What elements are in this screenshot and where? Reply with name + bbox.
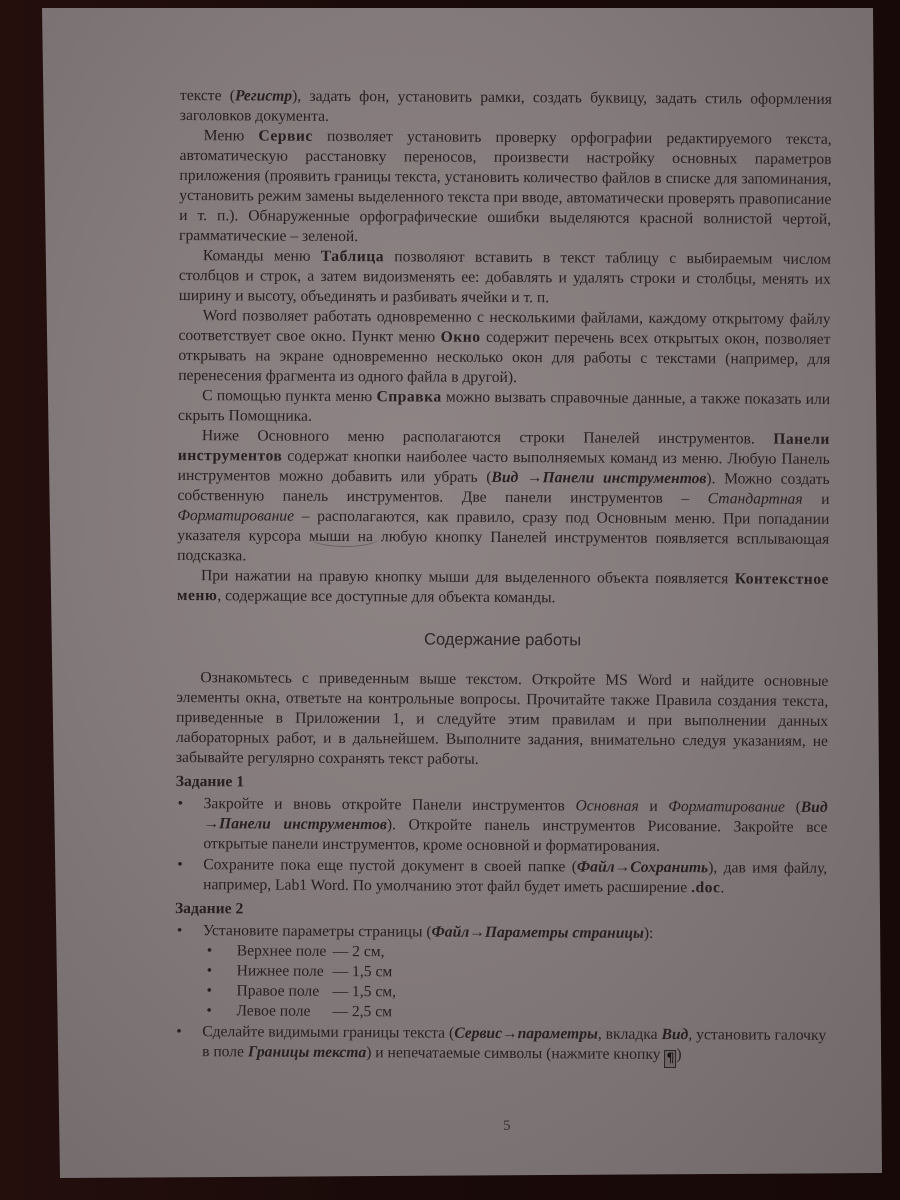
margin-value: — 1,5 см xyxy=(333,962,393,982)
text-run: Закройте и вновь откройте Панели инструм… xyxy=(204,795,576,814)
task-title: Задание 1 xyxy=(176,772,828,796)
text-run: Сохраните пока еще пустой документ в сво… xyxy=(203,856,577,875)
bold-term: Сервис xyxy=(258,127,312,144)
section-heading: Содержание работы xyxy=(177,628,829,652)
bold-term: Таблица xyxy=(321,248,384,265)
task-item: Закройте и вновь откройте Панели инструм… xyxy=(175,794,827,858)
pen-mark xyxy=(310,528,380,547)
margin-item: Левое поле— 2,5 см xyxy=(202,1001,826,1025)
menu-path: Файл→Сохранить xyxy=(577,858,708,876)
text-run: Ознакомьтесь с приведенным выше текстом.… xyxy=(176,669,829,768)
task-items: Установите параметры страницы (Файл→Пара… xyxy=(174,921,827,1069)
paragraph: При нажатии на правую кнопку мыши для вы… xyxy=(177,566,829,610)
text-run: , содержащие все доступные для объекта к… xyxy=(217,587,555,606)
menu-path: Вид xyxy=(661,1026,688,1043)
page-content: тексте (Регистр), задать фон, установить… xyxy=(174,86,832,1070)
italic-term: Стандартная xyxy=(708,490,803,508)
bold-term: Окно xyxy=(441,329,481,346)
text-run: Команды меню xyxy=(203,247,321,265)
task-item: Сделайте видимыми границы текста (Сервис… xyxy=(174,1022,826,1069)
margin-name: Нижнее поле xyxy=(237,961,333,982)
page-number: 5 xyxy=(503,1118,511,1135)
margin-name: Левое поле xyxy=(236,1001,332,1022)
task-item: Сохраните пока еще пустой документ в сво… xyxy=(175,855,827,899)
menu-path: Сервис→параметры xyxy=(454,1025,598,1043)
paragraph: Меню Сервис позволяет установить проверк… xyxy=(179,126,832,250)
task-items: Закройте и вновь откройте Панели инструм… xyxy=(175,794,828,899)
margin-value: — 2,5 см xyxy=(332,1002,392,1022)
margin-name: Правое поле xyxy=(236,981,332,1002)
bold-term: Справка xyxy=(376,388,441,405)
margin-name: Верхнее поле xyxy=(237,941,333,962)
menu-path: Границы текста xyxy=(248,1043,366,1061)
margin-list: Верхнее поле— 2 см,Нижнее поле— 1,5 смПр… xyxy=(202,941,826,1025)
margin-value: — 2 см, xyxy=(333,942,385,962)
text-run: , вкладка xyxy=(598,1026,662,1043)
paragraph: Ниже Основного меню располагаются строки… xyxy=(177,426,830,570)
paragraph: Команды меню Таблица позволяют вставить … xyxy=(179,246,831,310)
menu-path: Регистр xyxy=(235,87,292,104)
text-run: . xyxy=(720,879,724,896)
text-run: и xyxy=(639,798,669,815)
margin-value: — 1,5 см, xyxy=(332,982,396,1002)
text-run: При нажатии на правую кнопку мыши для вы… xyxy=(201,567,735,587)
text-run: Меню xyxy=(204,127,259,144)
menu-path: Файл→Параметры страницы xyxy=(431,924,643,942)
task-list: Задание 1Закройте и вновь откройте Панел… xyxy=(174,772,828,1069)
text-run: ) xyxy=(676,1046,681,1063)
task-item: Установите параметры страницы (Файл→Пара… xyxy=(174,921,827,1025)
italic-term: Основная xyxy=(575,797,638,814)
text-run: ) и непечатаемые символы (нажмите кнопку xyxy=(366,1044,664,1063)
paragraph: Word позволяет работать одновременно с н… xyxy=(178,306,830,390)
italic-term: Форматирование xyxy=(668,798,785,816)
text-run: Ниже Основного меню располагаются строки… xyxy=(202,427,774,447)
intro-paragraph: Ознакомьтесь с приведенным выше текстом.… xyxy=(176,668,829,772)
text-run: ( xyxy=(785,799,801,816)
body-text: тексте (Регистр), задать фон, установить… xyxy=(177,86,832,610)
text-run: Сделайте видимыми границы текста ( xyxy=(202,1023,454,1042)
task-title: Задание 2 xyxy=(175,899,827,923)
italic-term: Форматирование xyxy=(177,507,294,525)
text-run: Установите параметры страницы ( xyxy=(203,922,432,940)
text-run: ): xyxy=(644,925,654,942)
pilcrow-icon: ¶ xyxy=(664,1050,676,1068)
paragraph: тексте (Регистр), задать фон, установить… xyxy=(180,86,832,130)
text-run: С помощью пункта меню xyxy=(202,387,376,405)
paragraph: С помощью пункта меню Справка можно вызв… xyxy=(178,386,830,430)
bold-term: .doc xyxy=(691,879,720,896)
text-run: позволяет установить проверку орфографии… xyxy=(179,128,832,245)
text-run: тексте ( xyxy=(180,87,235,104)
text-run: и xyxy=(803,491,830,508)
menu-path: Вид →Панели инструментов xyxy=(491,469,706,487)
